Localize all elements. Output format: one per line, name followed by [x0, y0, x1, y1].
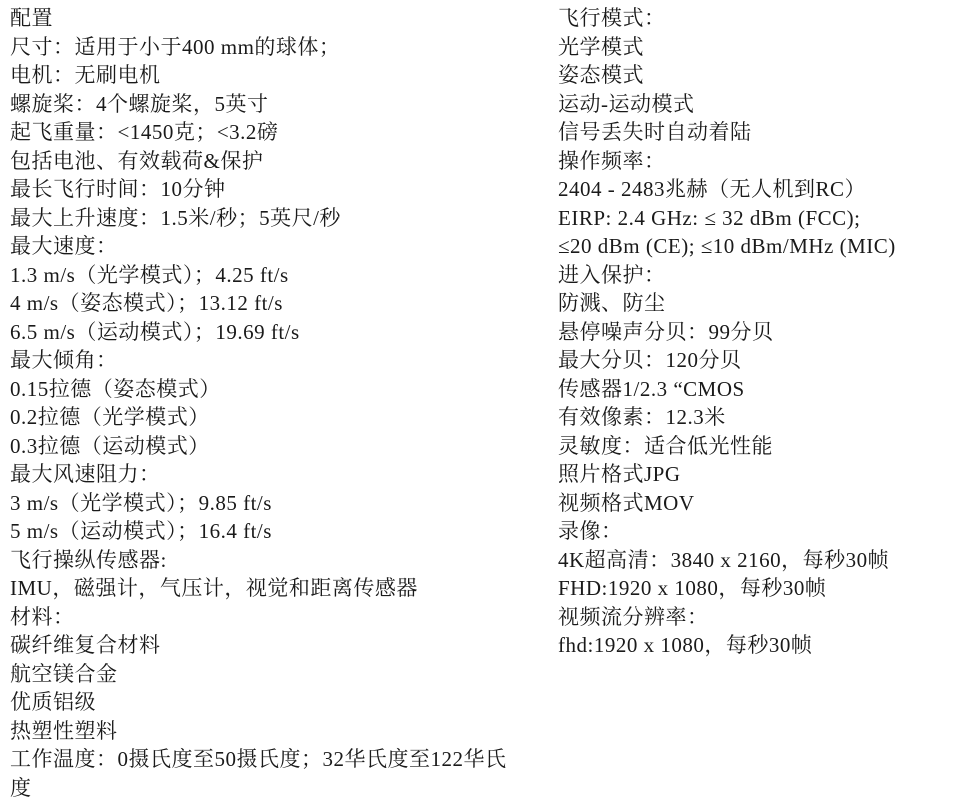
spec-text-line: 最大上升速度：1.5米/秒；5英尺/秒: [10, 204, 507, 233]
spec-text-line: 0.3拉德（运动模式）: [10, 432, 507, 461]
spec-text-line: 照片格式JPG: [558, 460, 896, 489]
spec-text-line: 螺旋桨：4个螺旋桨，5英寸: [10, 90, 507, 119]
spec-text-line: 悬停噪声分贝：99分贝: [558, 318, 896, 347]
spec-text-line: 飞行模式：: [558, 4, 896, 33]
spec-text-line: 最大风速阻力：: [10, 460, 507, 489]
spec-text-line: 碳纤维复合材料: [10, 631, 507, 660]
spec-text-line: 运动-运动模式: [558, 90, 896, 119]
spec-text-line: 包括电池、有效载荷&保护: [10, 147, 507, 176]
spec-text-line: 2404 - 2483兆赫（无人机到RC）: [558, 175, 896, 204]
spec-text-line: 3 m/s（光学模式）；9.85 ft/s: [10, 489, 507, 518]
spec-text-line: 电机：无刷电机: [10, 61, 507, 90]
spec-text-line: 0.2拉德（光学模式）: [10, 403, 507, 432]
spec-text-line: 1.3 m/s（光学模式）；4.25 ft/s: [10, 261, 507, 290]
spec-text-line: 传感器1/2.3 “CMOS: [558, 375, 896, 404]
spec-text-line: EIRP: 2.4 GHz: ≤ 32 dBm (FCC);: [558, 204, 896, 233]
spec-text-line: 姿态模式: [558, 61, 896, 90]
spec-text-line: 最大倾角：: [10, 346, 507, 375]
spec-text-line: 材料：: [10, 603, 507, 632]
spec-text-line: 热塑性塑料: [10, 717, 507, 746]
spec-text-line: ≤20 dBm (CE); ≤10 dBm/MHz (MIC): [558, 232, 896, 261]
spec-text-line: fhd:1920 x 1080，每秒30帧: [558, 631, 896, 660]
spec-text-line: 起飞重量：<1450克；<3.2磅: [10, 118, 507, 147]
spec-text-line: 防溅、防尘: [558, 289, 896, 318]
spec-text-line: 优质铝级: [10, 688, 507, 717]
spec-text-line: 录像：: [558, 517, 896, 546]
spec-text-line: 有效像素：12.3米: [558, 403, 896, 432]
spec-text-line: FHD:1920 x 1080，每秒30帧: [558, 574, 896, 603]
spec-text-line: 配置: [10, 4, 507, 33]
spec-column-flight-modes: 飞行模式：光学模式姿态模式运动-运动模式信号丢失时自动着陆操作频率：2404 -…: [558, 4, 896, 660]
spec-text-line: 光学模式: [558, 33, 896, 62]
spec-text-line: 视频流分辨率：: [558, 603, 896, 632]
spec-text-line: 灵敏度：适合低光性能: [558, 432, 896, 461]
spec-text-line: 最大速度：: [10, 232, 507, 261]
spec-text-line: 进入保护：: [558, 261, 896, 290]
spec-text-line: 4K超高清：3840 x 2160，每秒30帧: [558, 546, 896, 575]
spec-text-line: 信号丢失时自动着陆: [558, 118, 896, 147]
spec-text-line: 6.5 m/s（运动模式）；19.69 ft/s: [10, 318, 507, 347]
spec-text-line: 4 m/s（姿态模式）；13.12 ft/s: [10, 289, 507, 318]
spec-text-line: 工作温度：0摄氏度至50摄氏度；32华氏度至122华氏: [10, 745, 507, 774]
spec-sheet-page: 配置尺寸：适用于小于400 mm的球体；电机：无刷电机螺旋桨：4个螺旋桨，5英寸…: [0, 0, 957, 802]
spec-column-configuration: 配置尺寸：适用于小于400 mm的球体；电机：无刷电机螺旋桨：4个螺旋桨，5英寸…: [10, 4, 507, 802]
spec-text-line: 最长飞行时间：10分钟: [10, 175, 507, 204]
spec-text-line: 尺寸：适用于小于400 mm的球体；: [10, 33, 507, 62]
spec-text-line: 航空镁合金: [10, 660, 507, 689]
spec-text-line: 操作频率：: [558, 147, 896, 176]
spec-text-line: IMU，磁强计，气压计，视觉和距离传感器: [10, 574, 507, 603]
spec-text-line: 最大分贝：120分贝: [558, 346, 896, 375]
spec-text-line: 视频格式MOV: [558, 489, 896, 518]
spec-text-line: 5 m/s（运动模式）；16.4 ft/s: [10, 517, 507, 546]
spec-text-line: 度: [10, 774, 507, 802]
spec-text-line: 0.15拉德（姿态模式）: [10, 375, 507, 404]
spec-text-line: 飞行操纵传感器:: [10, 546, 507, 575]
